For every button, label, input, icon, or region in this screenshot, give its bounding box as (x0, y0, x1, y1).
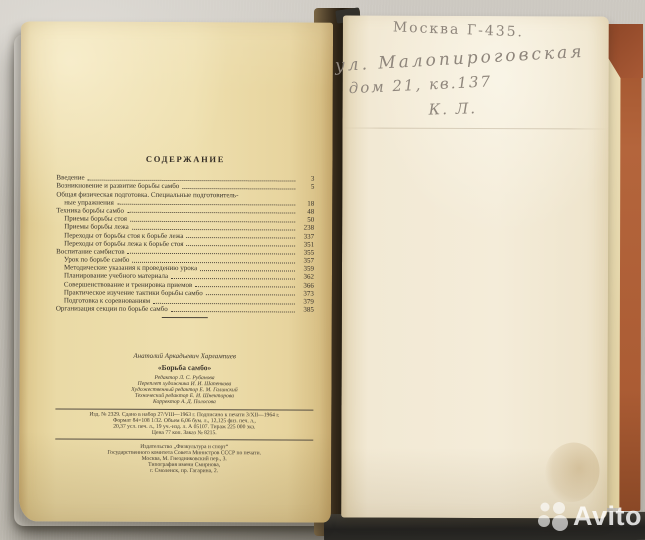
toc-page-number: 366 (298, 281, 314, 289)
page-stain (538, 436, 606, 508)
page-crease (342, 128, 608, 130)
toc-row: Организация секции по борьбе самбо 385 (56, 304, 314, 313)
publisher-line: г. Смоленск, пр. Гагарина, 2. (55, 468, 313, 475)
imprint-rule-top (55, 408, 313, 410)
toc-dot-leader (171, 278, 295, 280)
toc-title: Приемы борьбы лежа (64, 223, 129, 231)
toc-title: Переходы от борьбы лежа к борьбе стоя (64, 239, 183, 248)
left-page: СОДЕРЖАНИЕ Введение 3 Возникновение и ра… (19, 21, 333, 522)
avito-watermark: Avito (536, 499, 642, 533)
toc-dot-leader (187, 245, 296, 246)
book-photo: СОДЕРЖАНИЕ Введение 3 Возникновение и ра… (0, 0, 645, 540)
handwritten-initials: К. Л. (428, 99, 477, 119)
toc-page-number: 351 (298, 240, 314, 248)
toc-page-number: 5 (298, 183, 314, 191)
toc-dot-leader (182, 188, 295, 189)
author-name: Анатолий Аркадьевич Харлампиев (56, 351, 314, 360)
toc-dot-leader (127, 212, 295, 214)
handwritten-city-line: Москва Г-435. (393, 19, 525, 40)
credits-line: Корректор А. Д. Полосова (55, 399, 313, 406)
toc-dot-leader (132, 261, 295, 263)
toc-dot-leader (153, 302, 295, 304)
toc-page-number: 357 (298, 257, 314, 265)
toc-dot-leader (187, 237, 296, 238)
toc-page-number: 238 (298, 224, 314, 232)
colophon: Анатолий Аркадьевич Харлампиев «Борьба с… (55, 351, 314, 475)
toc-title: Планирование учебного материала (64, 272, 168, 280)
toc-page-number: 359 (298, 265, 314, 273)
toc-page-number: 50 (298, 216, 314, 224)
toc-page-number: 355 (298, 248, 314, 256)
toc-dot-leader (132, 229, 295, 231)
toc-title: Техника борьбы самбо (56, 206, 124, 214)
toc-page-number: 48 (298, 207, 314, 215)
toc-page-number: 337 (298, 232, 314, 240)
toc-dot-leader (128, 253, 296, 255)
toc-dot-leader (200, 270, 295, 271)
toc-page-number: 362 (298, 273, 314, 281)
toc-dot-leader (171, 311, 295, 313)
toc-page-number: 385 (298, 306, 314, 314)
toc-title: ные упражнения (64, 198, 114, 206)
toc-title: Введение (56, 174, 84, 182)
toc-title: Организация секции по борьбе самбо (56, 305, 168, 313)
toc-page-number: 18 (298, 199, 314, 207)
toc-page-number: 379 (298, 298, 314, 306)
toc-dot-leader (117, 204, 295, 206)
toc-title: Приемы борьбы стоя (64, 215, 127, 223)
toc-title: Воспитание самбистов (56, 247, 125, 255)
avito-logo-icon (536, 499, 570, 533)
toc-dot-leader (206, 294, 295, 295)
section-divider (162, 317, 208, 318)
toc-dot-leader (130, 220, 295, 222)
toc-page-number: 3 (298, 175, 314, 183)
toc-dot-leader (88, 179, 296, 181)
right-page-flyleaf: Москва Г-435. ул. Малопироговская дом 21… (341, 16, 609, 519)
imprint-block: Изд. № 2329. Сдано в набор 27/VIII—1963 … (55, 411, 313, 437)
toc-title: Урок по борьбе самбо (64, 256, 129, 264)
cover-edge (619, 27, 641, 511)
table-of-contents: СОДЕРЖАНИЕ Введение 3 Возникновение и ра… (56, 153, 315, 318)
avito-watermark-text: Avito (573, 501, 642, 532)
toc-title: Подготовка к соревнованиям (64, 297, 150, 305)
toc-dot-leader (195, 286, 295, 287)
book-title: «Борьба самбо» (56, 362, 314, 372)
publisher-block: Издательство „Физкультура и спорт“ Госуд… (55, 445, 313, 476)
toc-page-number: 373 (298, 289, 314, 297)
imprint-line: Цена 77 коп. Заказ № 8215. (55, 430, 313, 437)
credits-block: Редактор Л. С. Рубанова Переплет художни… (55, 375, 313, 406)
toc-title: Совершенствование и тренировка приемов (64, 280, 192, 289)
imprint-rule-bottom (55, 439, 313, 441)
handwritten-street-line: ул. Малопироговская (334, 42, 585, 76)
toc-heading: СОДЕРЖАНИЕ (56, 153, 314, 164)
toc-title: Возникновение и развитие борьбы самбо (56, 182, 179, 191)
handwritten-house-line: дом 21, кв.137 (348, 72, 492, 97)
toc-title: Переходы от борьбы стоя к борьбе лежа (64, 231, 183, 240)
